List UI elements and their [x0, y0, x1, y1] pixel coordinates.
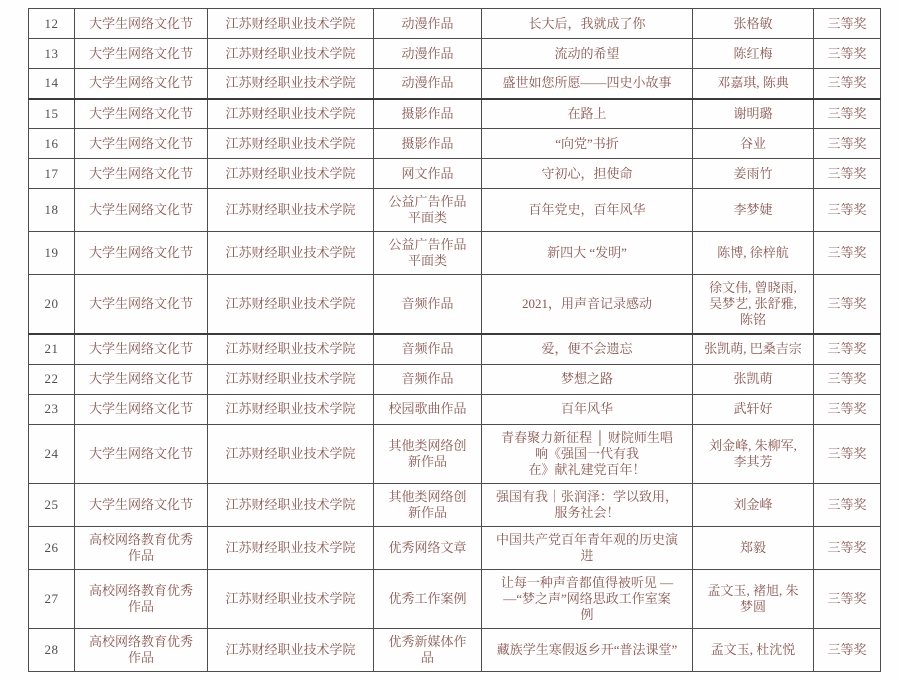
cell-school: 江苏财经职业技术学院 [208, 334, 374, 364]
cell-school: 江苏财经职业技术学院 [208, 526, 374, 569]
cell-authors: 徐文伟, 曾晓雨, 吴梦艺, 张舒雅, 陈铭 [693, 275, 814, 335]
cell-no: 14 [29, 69, 75, 99]
cell-title: 百年党史，百年风华 [482, 189, 693, 232]
cell-authors: 姜雨竹 [693, 159, 814, 189]
cell-award: 三等奖 [814, 526, 881, 569]
cell-no: 15 [29, 99, 75, 129]
cell-award: 三等奖 [814, 9, 881, 39]
cell-authors: 刘金峰, 朱柳军, 李其芳 [693, 424, 814, 483]
cell-school: 江苏财经职业技术学院 [208, 69, 374, 99]
cell-award: 三等奖 [814, 394, 881, 424]
cell-category: 大学生网络文化节 [75, 334, 208, 364]
cell-title: “向党”书折 [482, 129, 693, 159]
cell-no: 12 [29, 9, 75, 39]
cell-category: 大学生网络文化节 [75, 232, 208, 275]
cell-type: 动漫作品 [374, 69, 482, 99]
cell-school: 江苏财经职业技术学院 [208, 39, 374, 69]
table-row: 25大学生网络文化节江苏财经职业技术学院其他类网络创 新作品强国有我｜张润泽：学… [29, 483, 881, 526]
cell-school: 江苏财经职业技术学院 [208, 483, 374, 526]
cell-no: 16 [29, 129, 75, 159]
cell-no: 13 [29, 39, 75, 69]
cell-award: 三等奖 [814, 129, 881, 159]
cell-school: 江苏财经职业技术学院 [208, 159, 374, 189]
cell-school: 江苏财经职业技术学院 [208, 424, 374, 483]
cell-award: 三等奖 [814, 189, 881, 232]
cell-school: 江苏财经职业技术学院 [208, 394, 374, 424]
cell-category: 大学生网络文化节 [75, 424, 208, 483]
cell-award: 三等奖 [814, 232, 881, 275]
cell-title: 盛世如您所愿——四史小故事 [482, 69, 693, 99]
cell-authors: 张格敏 [693, 9, 814, 39]
awards-table-body: 12大学生网络文化节江苏财经职业技术学院动漫作品长大后，我就成了你张格敏三等奖1… [29, 9, 881, 672]
cell-category: 大学生网络文化节 [75, 189, 208, 232]
cell-type: 优秀工作案例 [374, 569, 482, 628]
cell-school: 江苏财经职业技术学院 [208, 9, 374, 39]
cell-type: 网文作品 [374, 159, 482, 189]
cell-authors: 陈红梅 [693, 39, 814, 69]
cell-authors: 郑毅 [693, 526, 814, 569]
awards-table: 12大学生网络文化节江苏财经职业技术学院动漫作品长大后，我就成了你张格敏三等奖1… [28, 8, 881, 672]
table-row: 12大学生网络文化节江苏财经职业技术学院动漫作品长大后，我就成了你张格敏三等奖 [29, 9, 881, 39]
cell-title: 爱，便不会遗忘 [482, 334, 693, 364]
cell-school: 江苏财经职业技术学院 [208, 364, 374, 394]
cell-type: 其他类网络创 新作品 [374, 424, 482, 483]
cell-school: 江苏财经职业技术学院 [208, 275, 374, 335]
cell-no: 26 [29, 526, 75, 569]
table-row: 18大学生网络文化节江苏财经职业技术学院公益广告作品 平面类百年党史，百年风华李… [29, 189, 881, 232]
cell-no: 18 [29, 189, 75, 232]
cell-category: 高校网络教育优秀 作品 [75, 526, 208, 569]
cell-authors: 李梦婕 [693, 189, 814, 232]
cell-category: 大学生网络文化节 [75, 394, 208, 424]
cell-category: 大学生网络文化节 [75, 159, 208, 189]
cell-authors: 张凯萌 [693, 364, 814, 394]
cell-authors: 孟文玉, 杜沈悦 [693, 628, 814, 671]
cell-title: 流动的希望 [482, 39, 693, 69]
cell-award: 三等奖 [814, 275, 881, 335]
cell-no: 20 [29, 275, 75, 335]
cell-no: 24 [29, 424, 75, 483]
cell-award: 三等奖 [814, 424, 881, 483]
cell-authors: 陈博, 徐梓航 [693, 232, 814, 275]
cell-title: 强国有我｜张润泽：学以致用， 服务社会！ [482, 483, 693, 526]
table-row: 17大学生网络文化节江苏财经职业技术学院网文作品守初心，担使命姜雨竹三等奖 [29, 159, 881, 189]
table-row: 22大学生网络文化节江苏财经职业技术学院音频作品梦想之路张凯萌三等奖 [29, 364, 881, 394]
cell-title: 2021，用声音记录感动 [482, 275, 693, 335]
table-row: 21大学生网络文化节江苏财经职业技术学院音频作品爱，便不会遗忘张凯萌, 巴桑吉宗… [29, 334, 881, 364]
cell-category: 大学生网络文化节 [75, 69, 208, 99]
table-row: 24大学生网络文化节江苏财经职业技术学院其他类网络创 新作品青春聚力新征程 │ … [29, 424, 881, 483]
table-row: 13大学生网络文化节江苏财经职业技术学院动漫作品流动的希望陈红梅三等奖 [29, 39, 881, 69]
cell-title: 百年风华 [482, 394, 693, 424]
cell-type: 优秀新媒体作 品 [374, 628, 482, 671]
cell-award: 三等奖 [814, 483, 881, 526]
cell-authors: 刘金峰 [693, 483, 814, 526]
cell-type: 音频作品 [374, 364, 482, 394]
cell-category: 高校网络教育优秀 作品 [75, 628, 208, 671]
table-row: 15大学生网络文化节江苏财经职业技术学院摄影作品在路上谢明璐三等奖 [29, 99, 881, 129]
cell-school: 江苏财经职业技术学院 [208, 628, 374, 671]
cell-category: 大学生网络文化节 [75, 99, 208, 129]
cell-title: 梦想之路 [482, 364, 693, 394]
cell-school: 江苏财经职业技术学院 [208, 569, 374, 628]
cell-award: 三等奖 [814, 364, 881, 394]
cell-type: 音频作品 [374, 334, 482, 364]
cell-no: 28 [29, 628, 75, 671]
document-page: 12大学生网络文化节江苏财经职业技术学院动漫作品长大后，我就成了你张格敏三等奖1… [0, 0, 900, 681]
cell-type: 音频作品 [374, 275, 482, 335]
cell-title: 守初心，担使命 [482, 159, 693, 189]
cell-authors: 张凯萌, 巴桑吉宗 [693, 334, 814, 364]
cell-category: 大学生网络文化节 [75, 39, 208, 69]
cell-no: 27 [29, 569, 75, 628]
cell-category: 大学生网络文化节 [75, 275, 208, 335]
cell-award: 三等奖 [814, 159, 881, 189]
cell-school: 江苏财经职业技术学院 [208, 129, 374, 159]
table-row: 20大学生网络文化节江苏财经职业技术学院音频作品2021，用声音记录感动徐文伟,… [29, 275, 881, 335]
cell-title: 中国共产党百年青年观的历史演 进 [482, 526, 693, 569]
table-row: 19大学生网络文化节江苏财经职业技术学院公益广告作品 平面类新四大 “发明”陈博… [29, 232, 881, 275]
cell-authors: 武轩好 [693, 394, 814, 424]
cell-category: 大学生网络文化节 [75, 483, 208, 526]
cell-type: 摄影作品 [374, 129, 482, 159]
cell-category: 高校网络教育优秀 作品 [75, 569, 208, 628]
cell-type: 公益广告作品 平面类 [374, 232, 482, 275]
cell-title: 长大后，我就成了你 [482, 9, 693, 39]
cell-type: 动漫作品 [374, 39, 482, 69]
cell-authors: 邓嘉琪, 陈典 [693, 69, 814, 99]
cell-award: 三等奖 [814, 69, 881, 99]
table-row: 26高校网络教育优秀 作品江苏财经职业技术学院优秀网络文章中国共产党百年青年观的… [29, 526, 881, 569]
table-row: 14大学生网络文化节江苏财经职业技术学院动漫作品盛世如您所愿——四史小故事邓嘉琪… [29, 69, 881, 99]
cell-type: 校园歌曲作品 [374, 394, 482, 424]
cell-school: 江苏财经职业技术学院 [208, 189, 374, 232]
cell-title: 让每一种声音都值得被听见 — —“梦之声”网络思政工作室案 例 [482, 569, 693, 628]
table-row: 23大学生网络文化节江苏财经职业技术学院校园歌曲作品百年风华武轩好三等奖 [29, 394, 881, 424]
cell-no: 22 [29, 364, 75, 394]
cell-award: 三等奖 [814, 39, 881, 69]
cell-category: 大学生网络文化节 [75, 9, 208, 39]
cell-type: 公益广告作品 平面类 [374, 189, 482, 232]
table-row: 28高校网络教育优秀 作品江苏财经职业技术学院优秀新媒体作 品藏族学生寒假返乡开… [29, 628, 881, 671]
cell-school: 江苏财经职业技术学院 [208, 232, 374, 275]
cell-award: 三等奖 [814, 334, 881, 364]
cell-award: 三等奖 [814, 99, 881, 129]
cell-school: 江苏财经职业技术学院 [208, 99, 374, 129]
table-row: 27高校网络教育优秀 作品江苏财经职业技术学院优秀工作案例让每一种声音都值得被听… [29, 569, 881, 628]
cell-category: 大学生网络文化节 [75, 364, 208, 394]
cell-no: 19 [29, 232, 75, 275]
cell-authors: 孟文玉, 褚旭, 朱 梦圆 [693, 569, 814, 628]
cell-no: 17 [29, 159, 75, 189]
cell-authors: 谢明璐 [693, 99, 814, 129]
cell-no: 21 [29, 334, 75, 364]
cell-title: 在路上 [482, 99, 693, 129]
cell-title: 新四大 “发明” [482, 232, 693, 275]
cell-type: 优秀网络文章 [374, 526, 482, 569]
cell-type: 动漫作品 [374, 9, 482, 39]
cell-type: 摄影作品 [374, 99, 482, 129]
cell-title: 藏族学生寒假返乡开“普法课堂” [482, 628, 693, 671]
table-row: 16大学生网络文化节江苏财经职业技术学院摄影作品“向党”书折谷业三等奖 [29, 129, 881, 159]
cell-award: 三等奖 [814, 569, 881, 628]
cell-no: 23 [29, 394, 75, 424]
cell-no: 25 [29, 483, 75, 526]
cell-title: 青春聚力新征程 │ 财院师生唱 响《强国一代有我 在》献礼建党百年！ [482, 424, 693, 483]
cell-category: 大学生网络文化节 [75, 129, 208, 159]
cell-award: 三等奖 [814, 628, 881, 671]
cell-type: 其他类网络创 新作品 [374, 483, 482, 526]
cell-authors: 谷业 [693, 129, 814, 159]
